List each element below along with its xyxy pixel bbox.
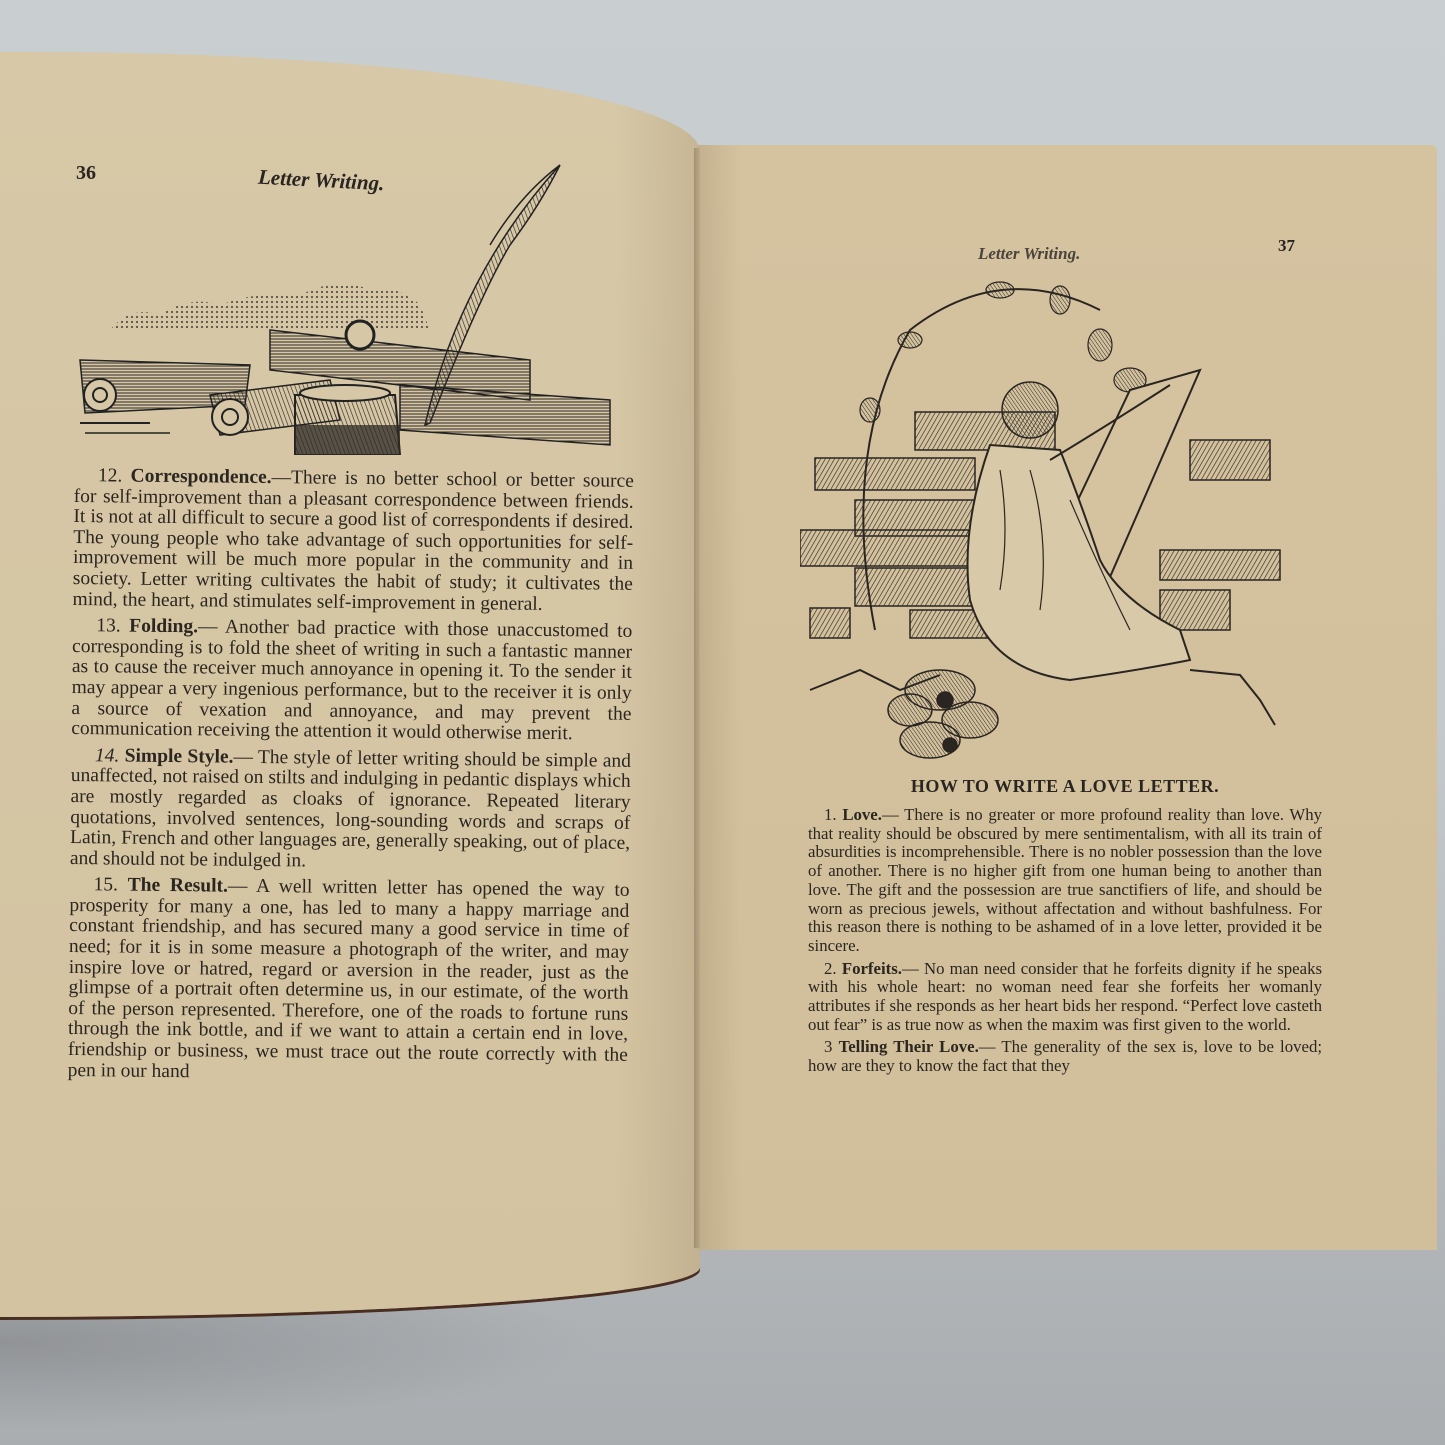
section-title: The Result.	[128, 875, 228, 897]
classical-woman-illustration	[800, 270, 1320, 770]
section-forfeits: 2. Forfeits.— No man need consider that …	[808, 960, 1322, 1035]
section-number: 2.	[824, 959, 837, 978]
section-body: —There is no better school or better sou…	[72, 467, 633, 614]
book-spine-gutter	[694, 148, 700, 1248]
section-correspondence: 12. Correspondence.—There is no better s…	[72, 466, 633, 616]
section-telling-their-love: 3 Telling Their Love.— The generality of…	[808, 1038, 1322, 1075]
right-running-head: Letter Writing.	[978, 244, 1080, 264]
chapter-heading: HOW TO WRITE A LOVE LETTER.	[808, 776, 1322, 797]
section-title: Correspondence.	[130, 466, 271, 488]
section-love: 1. Love.— There is no greater or more pr…	[808, 806, 1322, 956]
section-simple-style: 14. Simple Style.— The style of letter w…	[70, 746, 631, 875]
section-number: 12.	[98, 465, 123, 486]
section-title: Love.	[842, 805, 882, 824]
section-number: 3	[824, 1037, 832, 1056]
section-number: 1.	[824, 805, 837, 824]
section-number: 15.	[94, 875, 119, 896]
section-body: — A well written letter has opened the w…	[68, 876, 630, 1082]
section-title: Telling Their Love.	[839, 1037, 979, 1056]
section-body: — Another bad practice with those unaccu…	[71, 616, 632, 744]
right-page-body: 1. Love.— There is no greater or more pr…	[808, 806, 1322, 1080]
section-title: Simple Style.	[125, 745, 234, 767]
right-page-number: 37	[1278, 236, 1295, 256]
section-title: Folding.	[129, 616, 198, 638]
quill-inkwell-illustration	[70, 155, 630, 455]
section-number: 13.	[96, 615, 121, 636]
section-body: — There is no greater or more profound r…	[808, 805, 1322, 955]
section-folding: 13. Folding.— Another bad practice with …	[71, 616, 632, 745]
section-the-result: 15. The Result.— A well written letter h…	[68, 875, 630, 1087]
left-page-body: 12. Correspondence.—There is no better s…	[67, 466, 633, 1093]
section-title: Forfeits.	[842, 959, 902, 978]
section-number: 14.	[95, 745, 120, 766]
